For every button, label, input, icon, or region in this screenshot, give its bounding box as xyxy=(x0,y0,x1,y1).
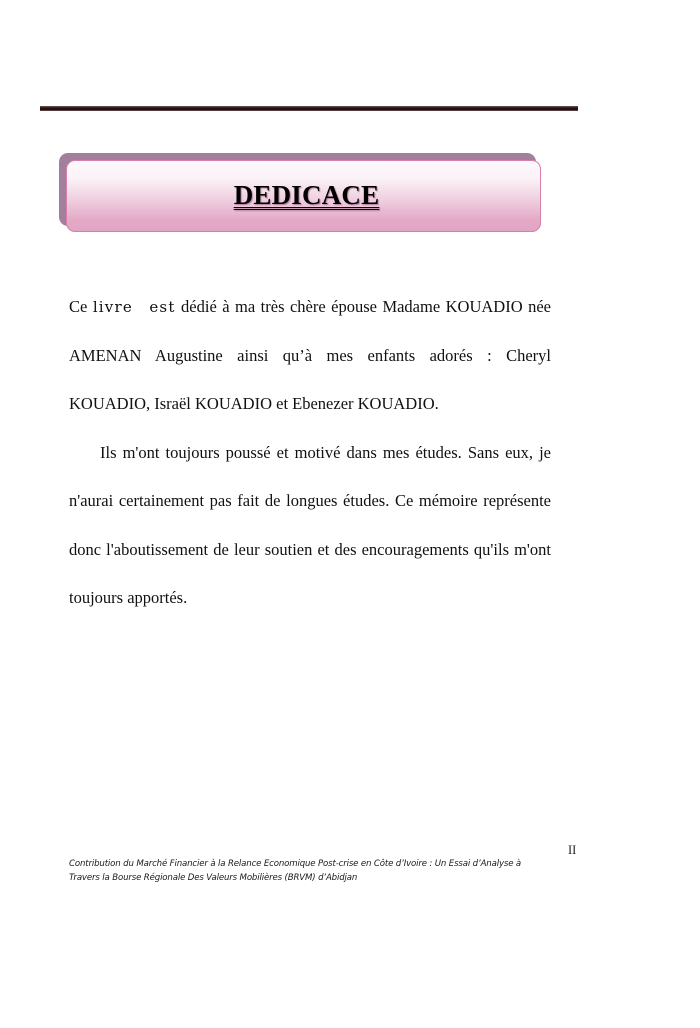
footer-line-2: Travers la Bourse Régionale Des Valeurs … xyxy=(69,871,559,885)
dedication-paragraph-1: Ce livre est dédié à ma très chère épous… xyxy=(69,283,551,429)
footer-line-1: Contribution du Marché Financier à la Re… xyxy=(69,857,559,871)
title-banner: DEDICACE xyxy=(66,160,541,232)
running-footer: Contribution du Marché Financier à la Re… xyxy=(69,857,559,885)
word-spacer xyxy=(133,297,149,316)
page-title: DEDICACE xyxy=(234,180,380,211)
dedication-paragraph-2: Ils m'ont toujours poussé et motivé dans… xyxy=(69,429,551,623)
emphasized-word-est: est xyxy=(149,298,175,316)
emphasized-word-livre: livre xyxy=(93,298,133,316)
header-rule xyxy=(40,106,578,111)
paragraph-lead: Ce xyxy=(69,297,93,316)
page-number: II xyxy=(568,843,576,858)
dedication-body: Ce livre est dédié à ma très chère épous… xyxy=(69,283,551,623)
